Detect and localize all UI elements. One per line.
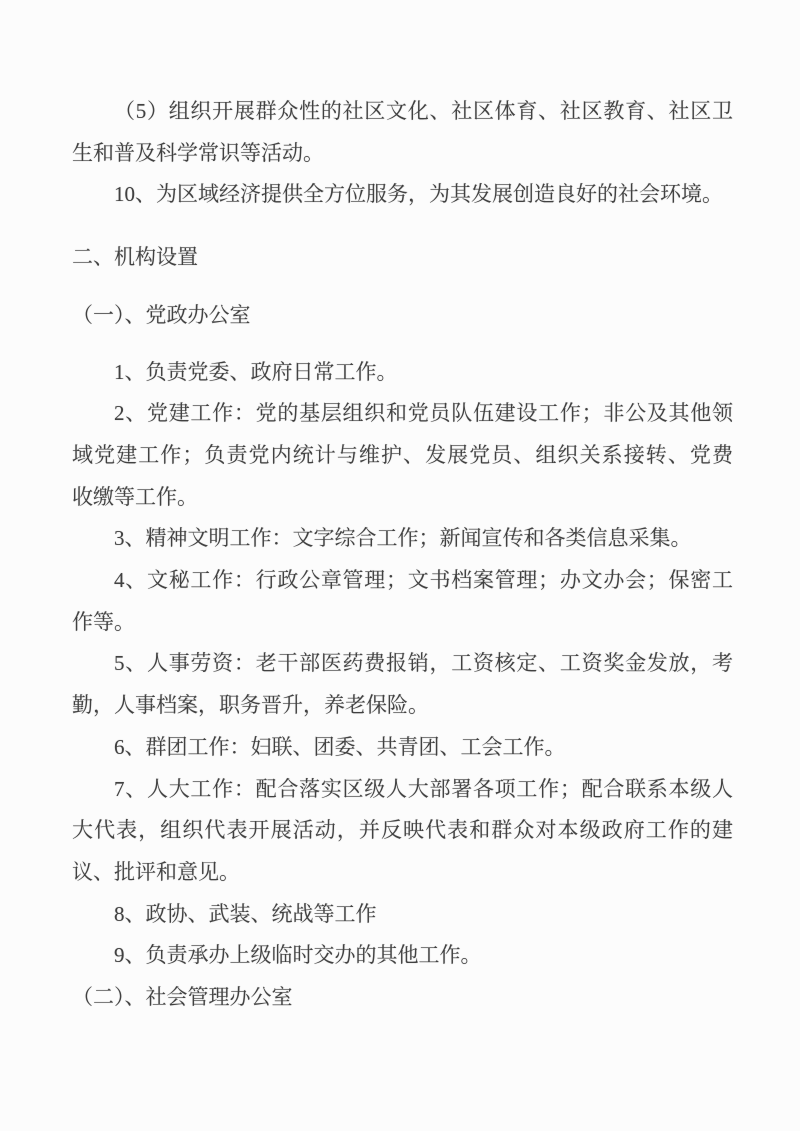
text-line: （一）、党政办公室: [72, 295, 733, 337]
text-line: 作等。: [72, 602, 733, 644]
text-line: 3、精神文明工作：文字综合工作；新闻宣传和各类信息采集。: [72, 518, 733, 560]
document-content: （5）组织开展群众性的社区文化、社区体育、社区教育、社区卫生和普及科学常识等活动…: [0, 0, 800, 1019]
paragraph: 10、为区域经济提供全方位服务，为其发展创造良好的社会环境。: [72, 174, 733, 216]
heading-section: 二、机构设置: [72, 237, 733, 279]
text-line: 10、为区域经济提供全方位服务，为其发展创造良好的社会环境。: [72, 174, 733, 216]
paragraph: 2、党建工作：党的基层组织和党员队伍建设工作；非公及其他领域党建工作；负责党内统…: [72, 393, 733, 518]
heading-subsection-end: （二）、社会管理办公室: [72, 977, 733, 1019]
text-line: 7、人大工作：配合落实区级人大部署各项工作；配合联系本级人: [72, 769, 733, 811]
paragraph: 5、人事劳资：老干部医药费报销，工资核定、工资奖金发放，考勤，人事档案，职务晋升…: [72, 643, 733, 726]
text-line: 2、党建工作：党的基层组织和党员队伍建设工作；非公及其他领: [72, 393, 733, 435]
text-line: 5、人事劳资：老干部医药费报销，工资核定、工资奖金发放，考: [72, 643, 733, 685]
paragraph: 8、政协、武装、统战等工作: [72, 894, 733, 936]
text-line: （5）组织开展群众性的社区文化、社区体育、社区教育、社区卫: [72, 91, 733, 133]
paragraph: （5）组织开展群众性的社区文化、社区体育、社区教育、社区卫生和普及科学常识等活动…: [72, 91, 733, 174]
text-line: 勤，人事档案，职务晋升，养老保险。: [72, 685, 733, 727]
heading-subsection: （一）、党政办公室: [72, 295, 733, 337]
paragraph: 9、负责承办上级临时交办的其他工作。: [72, 935, 733, 977]
text-line: 9、负责承办上级临时交办的其他工作。: [72, 935, 733, 977]
paragraph: 7、人大工作：配合落实区级人大部署各项工作；配合联系本级人大代表，组织代表开展活…: [72, 769, 733, 894]
paragraph: 6、群团工作：妇联、团委、共青团、工会工作。: [72, 727, 733, 769]
text-line: 1、负责党委、政府日常工作。: [72, 352, 733, 394]
text-line: 6、群团工作：妇联、团委、共青团、工会工作。: [72, 727, 733, 769]
document-page: （5）组织开展群众性的社区文化、社区体育、社区教育、社区卫生和普及科学常识等活动…: [0, 0, 800, 1131]
paragraph: 3、精神文明工作：文字综合工作；新闻宣传和各类信息采集。: [72, 518, 733, 560]
text-line: 议、批评和意见。: [72, 852, 733, 894]
paragraph: 1、负责党委、政府日常工作。: [72, 352, 733, 394]
paragraph: 4、文秘工作：行政公章管理；文书档案管理；办文办会；保密工作等。: [72, 560, 733, 643]
text-line: 二、机构设置: [72, 237, 733, 279]
text-line: 域党建工作；负责党内统计与维护、发展党员、组织关系接转、党费: [72, 435, 733, 477]
text-line: 生和普及科学常识等活动。: [72, 133, 733, 175]
text-line: 收缴等工作。: [72, 477, 733, 519]
text-line: 8、政协、武装、统战等工作: [72, 894, 733, 936]
text-line: 4、文秘工作：行政公章管理；文书档案管理；办文办会；保密工: [72, 560, 733, 602]
text-line: 大代表，组织代表开展活动，并反映代表和群众对本级政府工作的建: [72, 810, 733, 852]
text-line: （二）、社会管理办公室: [72, 977, 733, 1019]
